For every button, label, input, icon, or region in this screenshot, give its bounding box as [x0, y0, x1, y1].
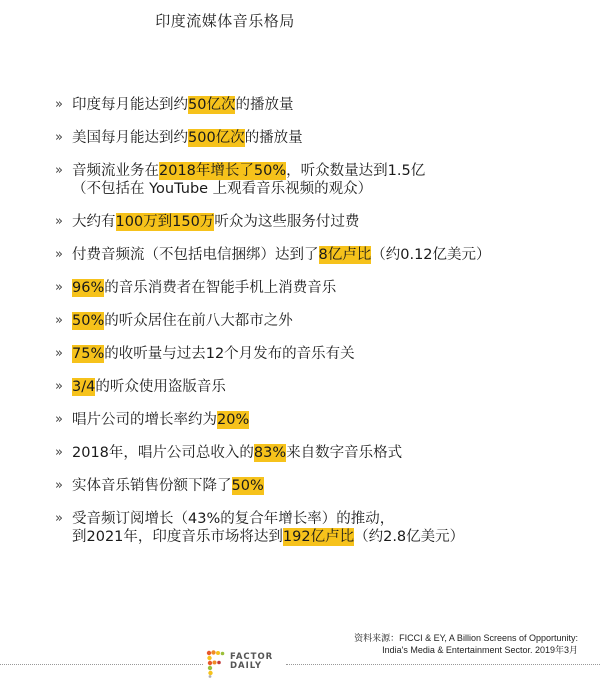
bullet-text: （约0.12亿美元） — [371, 247, 490, 263]
bullet-text: 的收听量与过去12个月发布的音乐有关 — [104, 346, 354, 362]
bullet-text: 2018年，唱片公司总收入的 — [72, 445, 254, 461]
bullet-text: 唱片公司的增长率约为 — [72, 412, 217, 428]
highlighted-figure: 2018年增长了50% — [159, 162, 286, 180]
bullet-text: 的听众使用盗版音乐 — [95, 379, 226, 395]
bullet-text: 的播放量 — [235, 97, 293, 113]
bullet-line: 印度每月能达到约50亿次的播放量 — [72, 96, 572, 114]
bullet-list: »印度每月能达到约50亿次的播放量»美国每月能达到约500亿次的播放量»音频流业… — [52, 96, 572, 546]
bullet-line: 大约有100万到150万听众为这些服务付过费 — [72, 213, 572, 231]
bullet-text: 美国每月能达到约 — [72, 130, 188, 146]
bullet-spacer — [52, 147, 572, 162]
source-line-2: India's Media & Entertainment Sector. 20… — [354, 644, 578, 656]
bullet-line: 50%的听众居住在前八大都市之外 — [72, 312, 572, 330]
highlighted-figure: 83% — [254, 444, 286, 462]
highlighted-figure: 500亿次 — [188, 129, 245, 147]
bullet-line: 96%的音乐消费者在智能手机上消费音乐 — [72, 279, 572, 297]
bullet-spacer — [52, 198, 572, 213]
source-line-1: 资料来源：FICCI & EY, A Billion Screens of Op… — [354, 632, 578, 644]
bullet-line: 受音频订阅增长（43%的复合年增长率）的推动， — [72, 510, 572, 528]
bullet-chevron-icon: » — [55, 213, 63, 231]
page-title: 印度流媒体音乐格局 — [0, 10, 450, 31]
bullet-text: 到2021年，印度音乐市场将达到 — [72, 529, 283, 545]
bullet-text: 受音频订阅增长（43%的复合年增长率）的推动， — [72, 511, 394, 527]
bullet-spacer — [52, 297, 572, 312]
footer-divider-left — [0, 664, 203, 665]
bullet-line: （不包括在 YouTube 上观看音乐视频的观众） — [72, 180, 572, 198]
bullet-line: 付费音频流（不包括电信捆绑）达到了8亿卢比（约0.12亿美元） — [72, 246, 572, 264]
bullet-chevron-icon: » — [55, 477, 63, 495]
bullet-item: »大约有100万到150万听众为这些服务付过费 — [52, 213, 572, 231]
highlighted-figure: 20% — [217, 411, 249, 429]
bullet-chevron-icon: » — [55, 378, 63, 396]
bullet-text: ，听众数量达到1.5亿 — [286, 163, 425, 179]
bullet-item: »印度每月能达到约50亿次的播放量 — [52, 96, 572, 114]
bullet-chevron-icon: » — [55, 345, 63, 363]
bullet-item: »实体音乐销售份额下降了50% — [52, 477, 572, 495]
highlighted-figure: 50% — [232, 477, 264, 495]
bullet-spacer — [52, 363, 572, 378]
bullet-chevron-icon: » — [55, 129, 63, 147]
bullet-spacer — [52, 114, 572, 129]
bullet-spacer — [52, 231, 572, 246]
factor-daily-f-icon — [206, 650, 226, 678]
bullet-text: 的播放量 — [245, 130, 303, 146]
bullet-chevron-icon: » — [55, 312, 63, 330]
bullet-spacer — [52, 429, 572, 444]
bullet-chevron-icon: » — [55, 411, 63, 429]
bullet-spacer — [52, 330, 572, 345]
bullet-text: 的音乐消费者在智能手机上消费音乐 — [104, 280, 336, 296]
bullet-spacer — [52, 462, 572, 477]
bullet-line: 音频流业务在2018年增长了50%，听众数量达到1.5亿 — [72, 162, 572, 180]
bullet-chevron-icon: » — [55, 279, 63, 297]
bullet-line: 美国每月能达到约500亿次的播放量 — [72, 129, 572, 147]
bullet-text: （不包括在 YouTube 上观看音乐视频的观众） — [72, 181, 372, 197]
highlighted-figure: 100万到150万 — [116, 213, 215, 231]
bullet-item: »付费音频流（不包括电信捆绑）达到了8亿卢比（约0.12亿美元） — [52, 246, 572, 264]
highlighted-figure: 50% — [72, 312, 104, 330]
highlighted-figure: 3/4 — [72, 378, 95, 396]
bullet-spacer — [52, 495, 572, 510]
bullet-item: »唱片公司的增长率约为20% — [52, 411, 572, 429]
bullet-item: »96%的音乐消费者在智能手机上消费音乐 — [52, 279, 572, 297]
bullet-text: 大约有 — [72, 214, 116, 230]
bullet-text: 听众为这些服务付过费 — [214, 214, 359, 230]
bullet-chevron-icon: » — [55, 96, 63, 114]
bullet-line: 到2021年，印度音乐市场将达到192亿卢比（约2.8亿美元） — [72, 528, 572, 546]
logo-text: FACTOR DAILY — [230, 653, 273, 671]
bullet-text: 来自数字音乐格式 — [286, 445, 402, 461]
source-citation: 资料来源：FICCI & EY, A Billion Screens of Op… — [354, 632, 578, 656]
bullet-chevron-icon: » — [55, 510, 63, 528]
bullet-line: 唱片公司的增长率约为20% — [72, 411, 572, 429]
highlighted-figure: 192亿卢比 — [283, 528, 354, 546]
bullet-chevron-icon: » — [55, 246, 63, 264]
bullet-line: 2018年，唱片公司总收入的83%来自数字音乐格式 — [72, 444, 572, 462]
bullet-spacer — [52, 264, 572, 279]
bullet-item: »50%的听众居住在前八大都市之外 — [52, 312, 572, 330]
bullet-item: »3/4的听众使用盗版音乐 — [52, 378, 572, 396]
bullet-item: »受音频订阅增长（43%的复合年增长率）的推动，到2021年，印度音乐市场将达到… — [52, 510, 572, 546]
bullet-item: »75%的收听量与过去12个月发布的音乐有关 — [52, 345, 572, 363]
bullet-text: 实体音乐销售份额下降了 — [72, 478, 232, 494]
bullet-line: 3/4的听众使用盗版音乐 — [72, 378, 572, 396]
bullet-line: 实体音乐销售份额下降了50% — [72, 477, 572, 495]
factor-daily-logo: FACTOR DAILY — [206, 650, 286, 678]
highlighted-figure: 8亿卢比 — [319, 246, 372, 264]
bullet-spacer — [52, 396, 572, 411]
bullet-text: 付费音频流（不包括电信捆绑）达到了 — [72, 247, 319, 263]
bullet-text: 印度每月能达到约 — [72, 97, 188, 113]
highlighted-figure: 96% — [72, 279, 104, 297]
bullet-item: »2018年，唱片公司总收入的83%来自数字音乐格式 — [52, 444, 572, 462]
footer-divider-right — [286, 664, 600, 665]
bullet-chevron-icon: » — [55, 444, 63, 462]
bullet-text: （约2.8亿美元） — [354, 529, 464, 545]
bullet-item: »美国每月能达到约500亿次的播放量 — [52, 129, 572, 147]
highlighted-figure: 75% — [72, 345, 104, 363]
bullet-text: 音频流业务在 — [72, 163, 159, 179]
bullet-text: 的听众居住在前八大都市之外 — [104, 313, 293, 329]
bullet-item: »音频流业务在2018年增长了50%，听众数量达到1.5亿（不包括在 YouTu… — [52, 162, 572, 198]
logo-text-line-2: DAILY — [230, 662, 273, 671]
highlighted-figure: 50亿次 — [188, 96, 235, 114]
bullet-chevron-icon: » — [55, 162, 63, 180]
bullet-line: 75%的收听量与过去12个月发布的音乐有关 — [72, 345, 572, 363]
